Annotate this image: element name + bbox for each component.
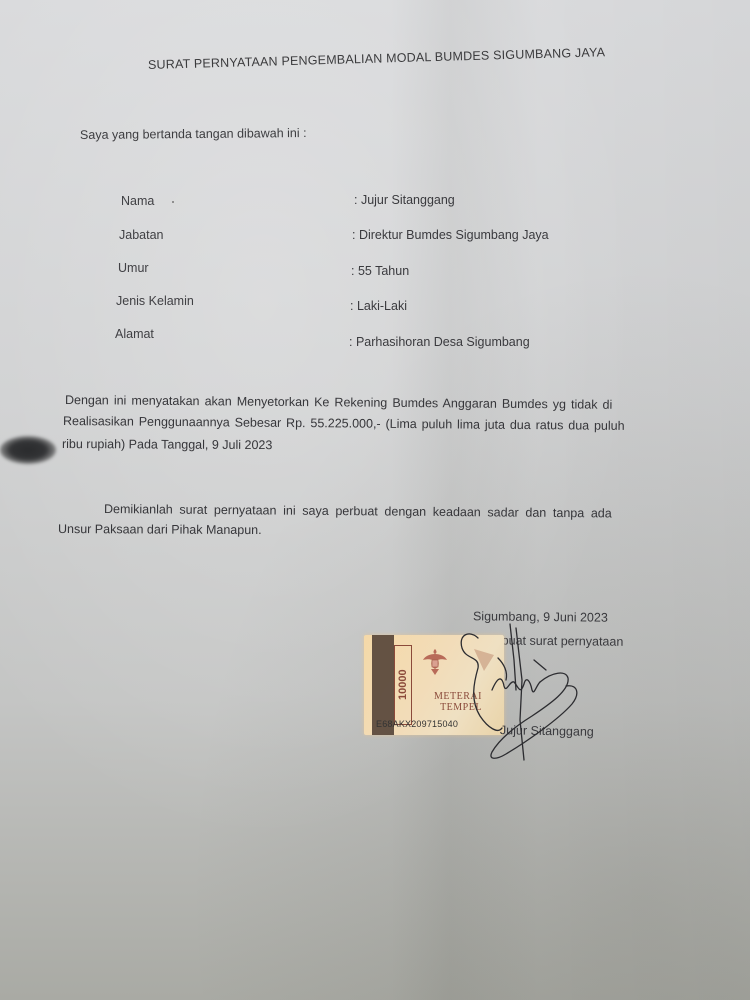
stamp-label-line1: METERAI xyxy=(434,691,482,702)
field-value-umur: : 55 Tahun xyxy=(351,264,409,278)
field-label-jabatan: Jabatan xyxy=(119,228,163,242)
statement-line-3: ribu rupiah) Pada Tanggal, 9 Juli 2023 xyxy=(62,437,272,452)
ink-smudge xyxy=(0,436,56,464)
field-label-nama: Nama xyxy=(121,194,154,208)
field-value-jenis-kelamin: : Laki-Laki xyxy=(350,299,407,313)
kite-watermark-icon xyxy=(470,645,500,675)
field-label-umur: Umur xyxy=(118,261,149,275)
document-title: SURAT PERNYATAAN PENGEMBALIAN MODAL BUMD… xyxy=(148,45,606,72)
field-value-jabatan: : Direktur Bumdes Sigumbang Jaya xyxy=(352,228,549,242)
document-page: SURAT PERNYATAAN PENGEMBALIAN MODAL BUMD… xyxy=(0,0,750,1000)
signatory-name: Jujur Sitanggang xyxy=(500,723,594,739)
field-value-nama: : Jujur Sitanggang xyxy=(354,193,455,207)
closing-line-2: Unsur Paksaan dari Pihak Manapun. xyxy=(58,522,262,537)
intro-text: Saya yang bertanda tangan dibawah ini : xyxy=(80,126,307,142)
stamp-label: METERAI TEMPEL xyxy=(434,691,482,713)
stray-mark xyxy=(172,201,174,203)
stamp-label-line2: TEMPEL xyxy=(434,702,482,713)
stamp-serial: E68AKX209715040 xyxy=(376,719,458,729)
garuda-emblem-icon xyxy=(422,647,448,677)
stamp-denomination: 10000 xyxy=(394,645,412,725)
meterai-stamp: 10000 METERAI TEMPEL E68AKX209715040 xyxy=(364,635,504,735)
field-value-alamat: : Parhasihoran Desa Sigumbang xyxy=(349,335,530,349)
field-label-jenis-kelamin: Jenis Kelamin xyxy=(116,294,194,308)
field-label-alamat: Alamat xyxy=(115,327,154,341)
statement-line-2: Realisasikan Penggunaannya Sebesar Rp. 5… xyxy=(63,414,625,433)
statement-line-1: Dengan ini menyatakan akan Menyetorkan K… xyxy=(65,393,612,412)
closing-line-1: Demikianlah surat pernyataan ini saya pe… xyxy=(104,502,612,520)
signature-place-date: Sigumbang, 9 Juni 2023 xyxy=(473,609,608,624)
